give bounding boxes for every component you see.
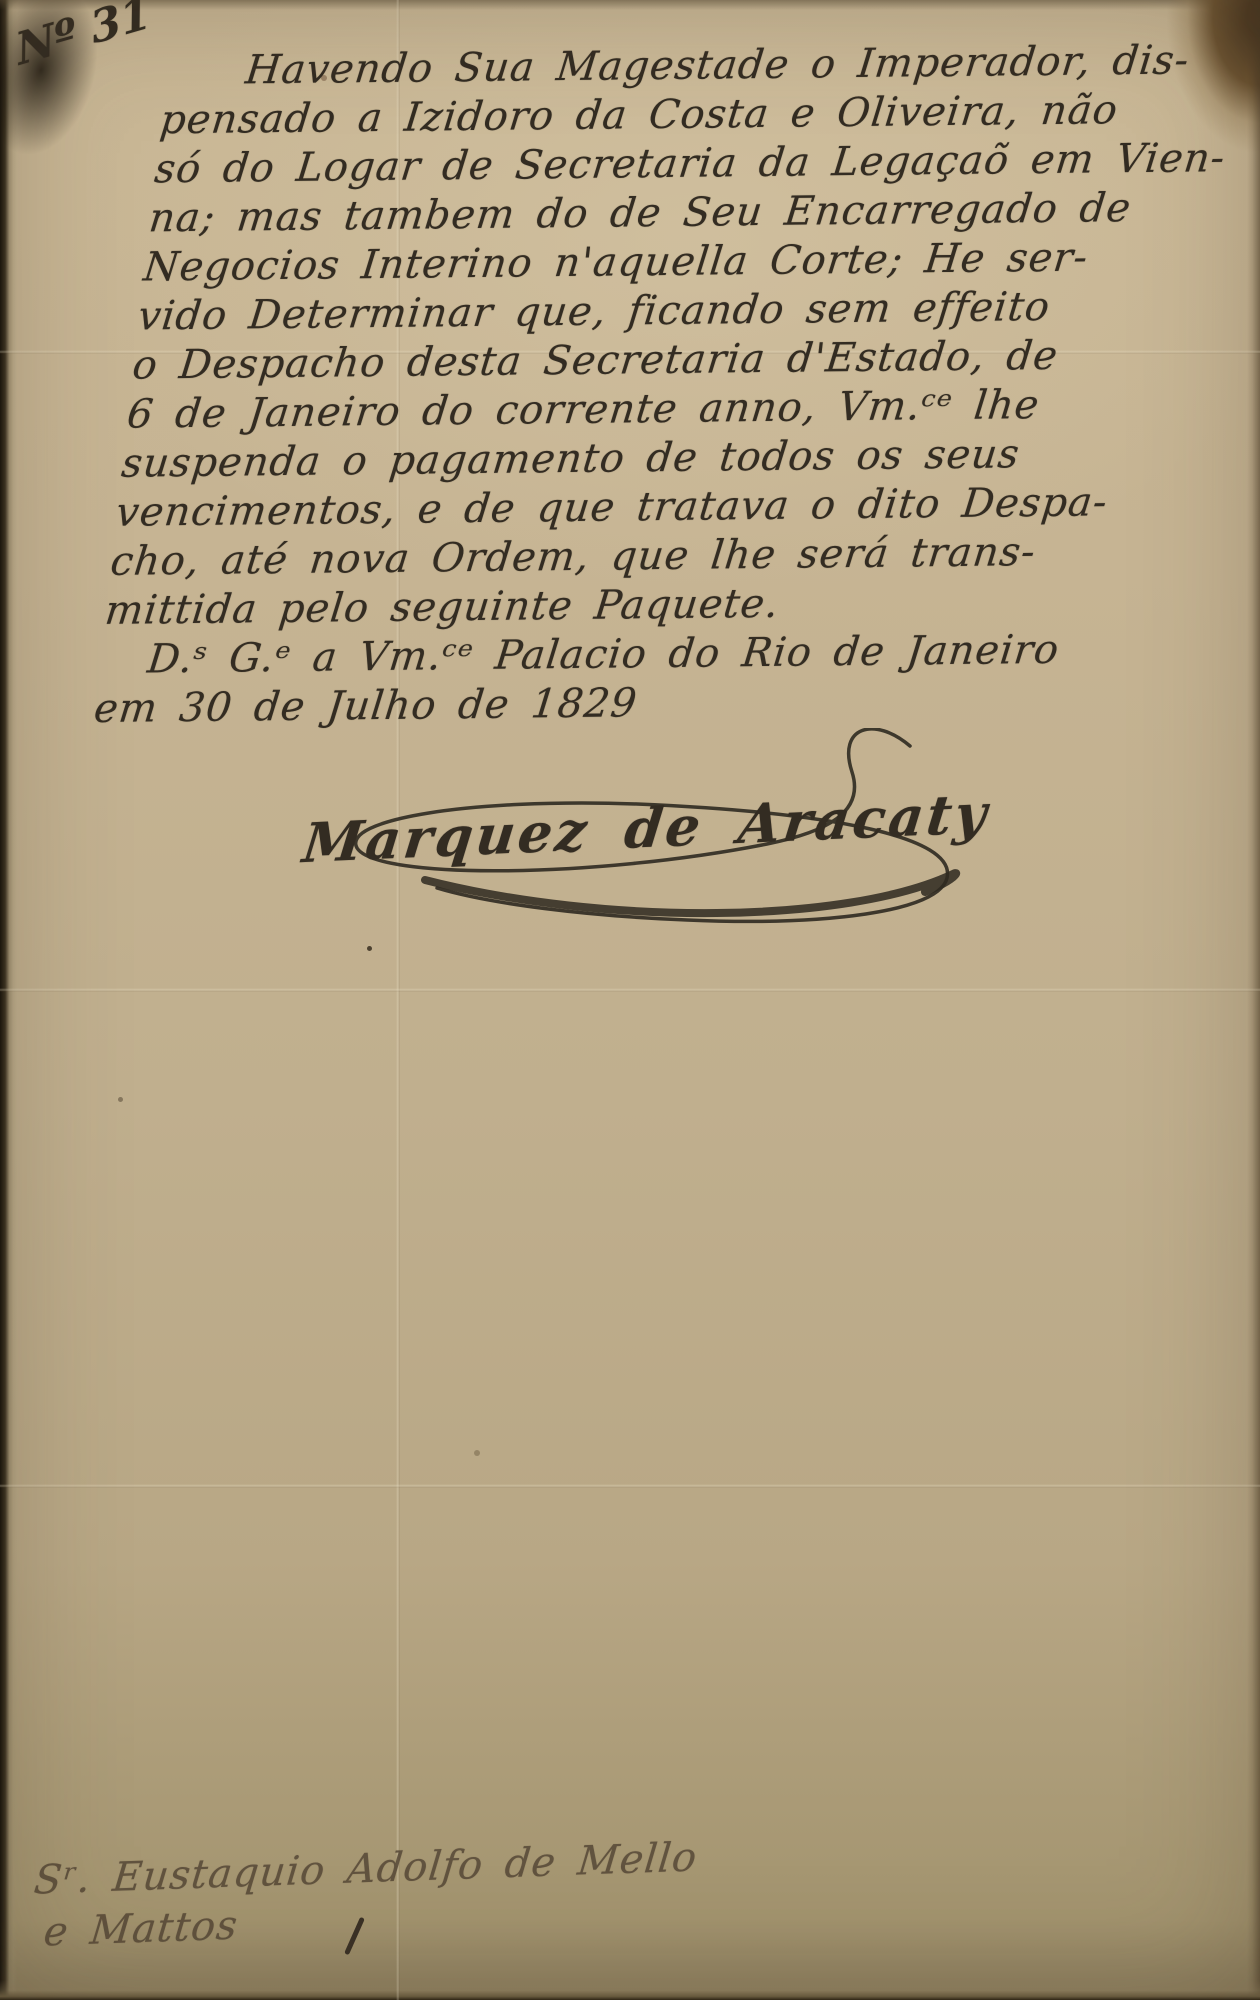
letter-body: Havendo Sua Magestade o Imperador, dis- …	[92, 36, 1239, 734]
page-bottom-edge	[0, 1980, 1260, 2000]
page-top-edge	[0, 0, 1260, 10]
stray-ink-stroke	[344, 1917, 365, 1956]
manuscript-line-14: em 30 de Julho de 1829	[92, 674, 1168, 734]
fold-crease-horizontal-3	[0, 1484, 1260, 1488]
addressee-name: Sʳ. Eustaquio Adolfo de Mello	[32, 1834, 700, 1903]
paper-stain	[474, 1450, 480, 1456]
page-right-edge	[1247, 0, 1260, 2000]
addressee-name-continued: e Mattos	[42, 1903, 241, 1956]
page-left-edge	[0, 0, 17, 2000]
manuscript-page: Nº 31 Havendo Sua Magestade o Imperador,…	[0, 0, 1260, 2000]
signature-block: Marquez de Aracaty	[285, 728, 985, 943]
fold-crease-horizontal-2	[0, 988, 1260, 992]
ink-speck	[367, 946, 372, 951]
paper-stain	[118, 1097, 123, 1102]
